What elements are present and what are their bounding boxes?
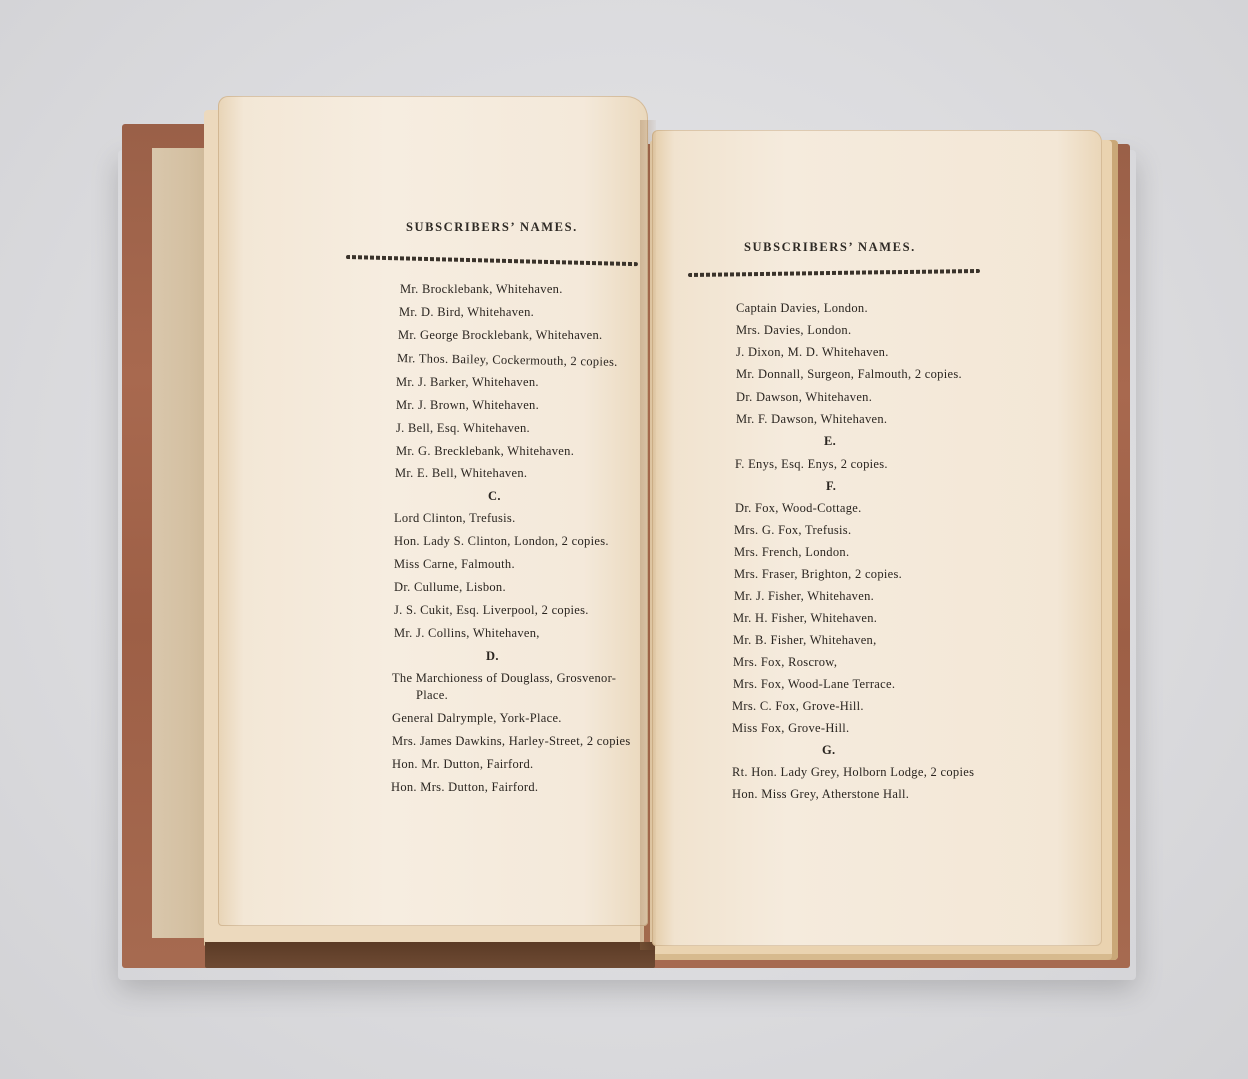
list-item: Mr. B. Fisher, Whitehaven, — [733, 633, 877, 648]
list-item: Mr. E. Bell, Whitehaven. — [395, 466, 527, 481]
list-item: Captain Davies, London. — [736, 301, 868, 316]
right-page-heading: SUBSCRIBERS’ NAMES. — [744, 240, 916, 255]
list-item: Dr. Fox, Wood-Cottage. — [735, 501, 862, 516]
book-gutter — [640, 120, 656, 950]
list-item: Mr. J. Collins, Whitehaven, — [394, 626, 540, 641]
section-letter-e: E. — [824, 434, 836, 449]
list-item: Mr. J. Barker, Whitehaven. — [396, 375, 539, 390]
list-item: Miss Carne, Falmouth. — [394, 557, 515, 572]
list-item: Mr. H. Fisher, Whitehaven. — [733, 611, 877, 626]
list-item: Mr. D. Bird, Whitehaven. — [399, 305, 534, 320]
ornamental-rule-right — [688, 269, 980, 277]
list-item: Hon. Mr. Dutton, Fairford. — [392, 757, 533, 772]
list-item: Mr. J. Brown, Whitehaven. — [396, 398, 539, 413]
list-item: Mr. J. Fisher, Whitehaven. — [734, 589, 874, 604]
list-item: General Dalrymple, York-Place. — [392, 711, 562, 726]
photo-scene: SUBSCRIBERS’ NAMES. Mr. Brocklebank, Whi… — [0, 0, 1248, 1079]
list-item-continued: Place. — [416, 688, 448, 703]
list-item: Hon. Lady S. Clinton, London, 2 copies. — [394, 534, 609, 549]
list-item: Rt. Hon. Lady Grey, Holborn Lodge, 2 cop… — [732, 765, 974, 780]
section-letter-d: D. — [486, 649, 499, 664]
list-item: Mrs. Fox, Roscrow, — [733, 655, 837, 670]
list-item: J. Bell, Esq. Whitehaven. — [396, 421, 530, 436]
left-page: SUBSCRIBERS’ NAMES. Mr. Brocklebank, Whi… — [218, 96, 648, 926]
list-item: Dr. Dawson, Whitehaven. — [736, 390, 872, 405]
list-item: Hon. Miss Grey, Atherstone Hall. — [732, 787, 909, 802]
section-letter-f: F. — [826, 479, 836, 494]
section-letter-c: C. — [488, 489, 501, 504]
list-item: Mrs. G. Fox, Trefusis. — [734, 523, 851, 538]
list-item: Mr. George Brocklebank, Whitehaven. — [398, 328, 602, 343]
list-item: Mrs. Fraser, Brighton, 2 copies. — [734, 567, 902, 582]
ornamental-rule-left — [346, 255, 638, 266]
list-item: Mrs. Fox, Wood-Lane Terrace. — [733, 677, 895, 692]
left-page-heading: SUBSCRIBERS’ NAMES. — [406, 220, 578, 235]
list-item: Mrs. James Dawkins, Harley-Street, 2 cop… — [392, 734, 631, 749]
list-item: The Marchioness of Douglass, Grosvenor- — [392, 671, 616, 686]
list-item: Miss Fox, Grove-Hill. — [732, 721, 849, 736]
list-item: Mr. G. Brecklebank, Whitehaven. — [396, 444, 574, 459]
list-item: Mrs. C. Fox, Grove-Hill. — [732, 699, 864, 714]
list-item: Mr. Donnall, Surgeon, Falmouth, 2 copies… — [736, 367, 962, 382]
section-letter-g: G. — [822, 743, 835, 758]
right-page: SUBSCRIBERS’ NAMES. Captain Davies, Lond… — [652, 130, 1102, 946]
list-item: F. Enys, Esq. Enys, 2 copies. — [735, 457, 888, 472]
list-item: Mrs. French, London. — [734, 545, 849, 560]
list-item: Hon. Mrs. Dutton, Fairford. — [391, 780, 538, 795]
list-item: Mrs. Davies, London. — [736, 323, 851, 338]
list-item: Mr. Brocklebank, Whitehaven. — [400, 282, 563, 297]
list-item: J. S. Cukit, Esq. Liverpool, 2 copies. — [394, 603, 589, 618]
list-item: Lord Clinton, Trefusis. — [394, 511, 516, 526]
spine-edge — [205, 942, 655, 968]
list-item: Dr. Cullume, Lisbon. — [394, 580, 506, 595]
endpaper-strip — [152, 148, 212, 938]
list-item: J. Dixon, M. D. Whitehaven. — [736, 345, 889, 360]
list-item: Mr. F. Dawson, Whitehaven. — [736, 412, 887, 427]
list-item: Mr. Thos. Bailey, Cockermouth, 2 copies. — [397, 351, 618, 370]
